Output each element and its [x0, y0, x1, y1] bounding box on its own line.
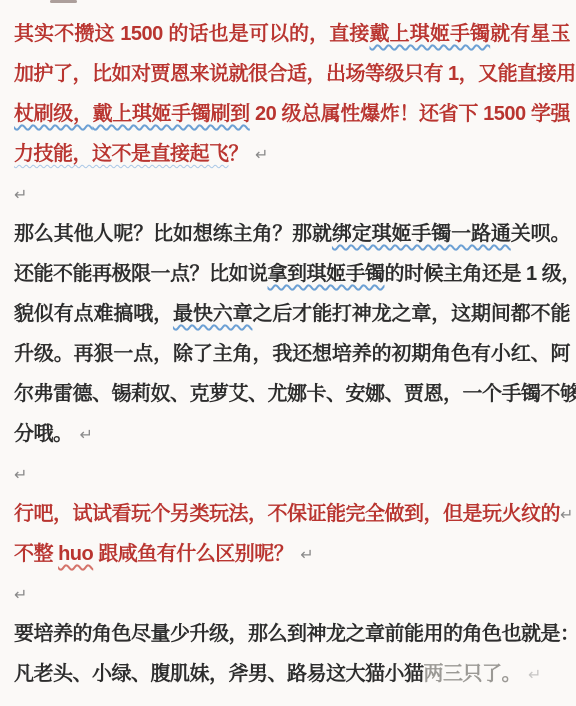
text-line[interactable]: 还能不能再极限一点？比如说拿到琪姬手镯的时候主角还是 1 级，	[14, 254, 570, 294]
paragraph-7: 要培养的角色尽量少升级，那么到神龙之章前能用的角色也就是：↵ 凡老头、小绿、腹肌…	[14, 614, 570, 694]
text-line[interactable]: 不整 huo 跟咸鱼有什么区别呢？↵	[14, 534, 570, 574]
paragraph-2-empty: ↵	[14, 174, 570, 214]
paragraph-return-mark-icon: ↵	[14, 465, 27, 484]
text-segment: 加护了，比如对贾恩来说就很合适，出场等级只有 1，又能直接用	[14, 63, 576, 85]
text-line[interactable]: 杖刷级，戴上琪姬手镯刷到 20 级总属性爆炸！还省下 1500 学强	[14, 94, 570, 134]
text-segment: 跟咸鱼有什么区别呢？	[93, 543, 293, 565]
text-line[interactable]: 升级。再狠一点，除了主角，我还想培养的初期角色有小红、阿	[14, 334, 570, 374]
text-segment: 凡老头、小绿、腹肌妹，斧男、路易这大猫小猫	[14, 663, 424, 685]
empty-line[interactable]: ↵	[14, 174, 570, 214]
paragraph-3: 那么其他人呢？比如想练主角？那就绑定琪姬手镯一路通关呗。 还能不能再极限一点？比…	[14, 214, 570, 454]
paragraph-return-mark-icon: ↵	[14, 185, 27, 204]
paragraph-6-empty: ↵	[14, 574, 570, 614]
text-segment: 行吧，试试看玩个另类玩法，不保证能完全做到，但是玩火纹的	[14, 503, 560, 525]
paragraph-return-mark-icon: ↵	[528, 665, 541, 684]
paragraph-4-empty: ↵	[14, 454, 570, 494]
text-segment: 不整	[14, 543, 58, 565]
text-line[interactable]: 要培养的角色尽量少升级，那么到神龙之章前能用的角色也就是：↵	[14, 614, 570, 654]
spellcheck-underlined-text: 绑定琪姬手镯一路通	[332, 223, 511, 245]
text-segment: 分哦。	[14, 423, 73, 445]
text-segment: ？	[229, 143, 249, 165]
text-segment: 要培养的角色尽量少升级，那么到神龙之章前能用的角色也就是：	[14, 623, 576, 645]
text-segment: 还能不能再极限一点？比如说	[14, 263, 268, 285]
grammar-underlined-text: 力技能，这不是直接起飞	[14, 143, 229, 165]
text-line[interactable]: 其实不攒这 1500 的话也是可以的，直接戴上琪姬手镯就有星玉	[14, 14, 570, 54]
spellcheck-underlined-text: 杖刷级，	[14, 103, 93, 125]
paragraph-return-mark-icon: ↵	[80, 425, 93, 444]
text-segment: 就有星玉	[490, 23, 570, 45]
faded-text-segment: 两三只了。	[424, 663, 522, 685]
text-line[interactable]: 行吧，试试看玩个另类玩法，不保证能完全做到，但是玩火纹的↵	[14, 494, 570, 534]
paragraph-return-mark-icon: ↵	[560, 505, 573, 524]
crop-artifact-mark	[50, 0, 77, 3]
text-line[interactable]: 分哦。↵	[14, 414, 570, 454]
text-segment: 的时候主角还是 1 级，	[385, 263, 576, 285]
text-line[interactable]: 那么其他人呢？比如想练主角？那就绑定琪姬手镯一路通关呗。	[14, 214, 570, 254]
paragraph-return-mark-icon: ↵	[14, 585, 27, 604]
text-line[interactable]: 凡老头、小绿、腹肌妹，斧男、路易这大猫小猫两三只了。↵	[14, 654, 570, 694]
text-segment: 貌似有点难搞哦，	[14, 303, 173, 325]
paragraph-return-mark-icon: ↵	[300, 545, 313, 564]
text-segment: 之后才能打神龙之章，这期间都不能	[252, 303, 570, 325]
spellcheck-underlined-text: huo	[58, 543, 93, 565]
text-segment: 尔弗雷德、锡莉奴、克萝艾、尤娜卡、安娜、贾恩，一个手镯不够	[14, 383, 576, 405]
text-segment: 其实不攒这 1500 的话也是可以的，直接	[14, 23, 370, 45]
text-line[interactable]: 加护了，比如对贾恩来说就很合适，出场等级只有 1，又能直接用	[14, 54, 570, 94]
paragraph-1: 其实不攒这 1500 的话也是可以的，直接戴上琪姬手镯就有星玉 加护了，比如对贾…	[14, 14, 570, 174]
text-segment: 升级。再狠一点，除了主角，我还想培养的初期角色有小红、阿	[14, 343, 570, 365]
text-line[interactable]: 力技能，这不是直接起飞？↵	[14, 134, 570, 174]
empty-line[interactable]: ↵	[14, 574, 570, 614]
text-segment: 20 级总属性爆炸！还省下 1500 学强	[250, 103, 570, 125]
text-segment: 关呗。	[511, 223, 570, 245]
spellcheck-underlined-text: 最快六章	[173, 303, 252, 325]
paragraph-return-mark-icon: ↵	[255, 145, 268, 164]
paragraph-5: 行吧，试试看玩个另类玩法，不保证能完全做到，但是玩火纹的↵ 不整 huo 跟咸鱼…	[14, 494, 570, 574]
spellcheck-underlined-text: 戴上琪姬手镯刷到	[93, 103, 250, 125]
text-line[interactable]: 尔弗雷德、锡莉奴、克萝艾、尤娜卡、安娜、贾恩，一个手镯不够	[14, 374, 570, 414]
spellcheck-underlined-text: 戴上琪姬手镯	[370, 23, 491, 45]
spellcheck-underlined-text: 拿到琪姬手镯	[268, 263, 385, 285]
document-text-area: 其实不攒这 1500 的话也是可以的，直接戴上琪姬手镯就有星玉 加护了，比如对贾…	[0, 0, 576, 694]
empty-line[interactable]: ↵	[14, 454, 570, 494]
text-segment: 那么其他人呢？比如想练主角？那就	[14, 223, 332, 245]
text-line[interactable]: 貌似有点难搞哦，最快六章之后才能打神龙之章，这期间都不能	[14, 294, 570, 334]
